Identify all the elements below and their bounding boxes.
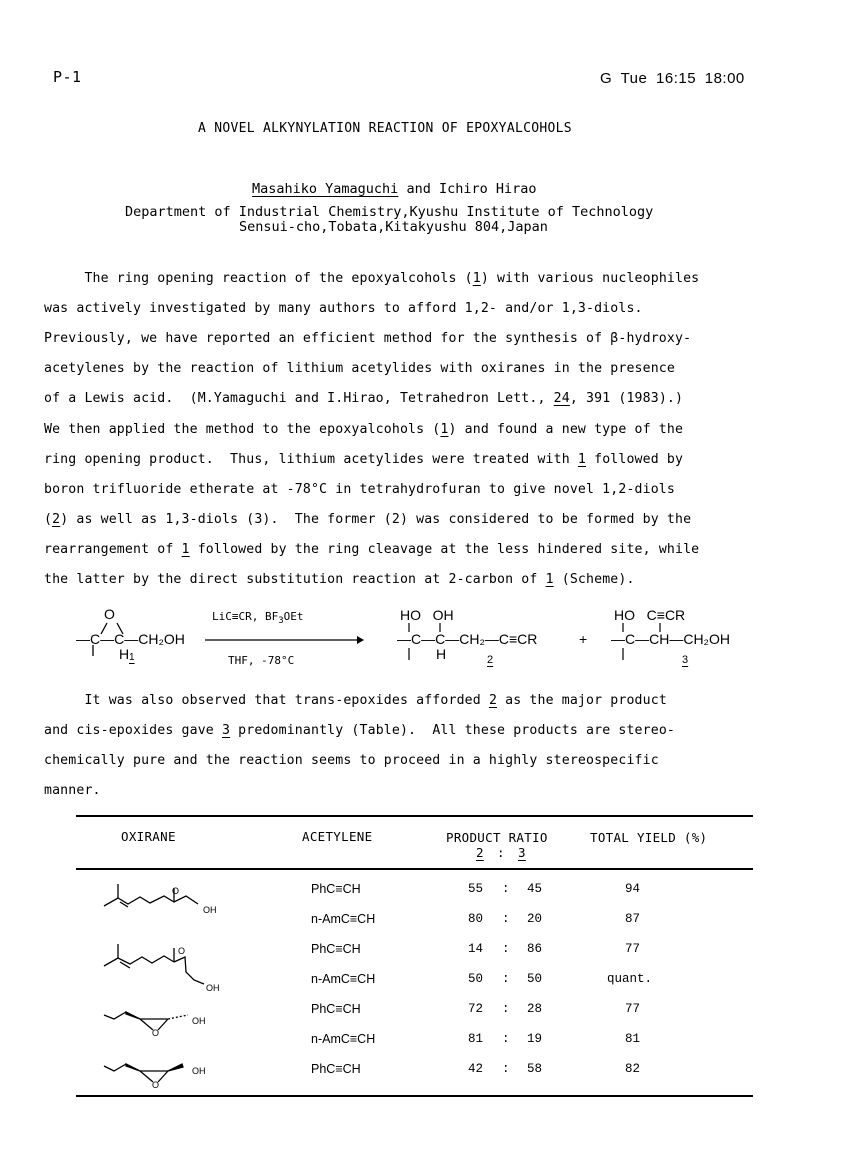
cell-acetylene: PhC≡CH [311,942,361,956]
cell-ratio-colon: : [502,972,510,986]
cell-ratio-2: 81 [468,1032,483,1046]
cell-ratio-colon: : [502,882,510,896]
cell-ratio-colon: : [502,1062,510,1076]
cell-yield: 94 [625,882,640,896]
table-bottom-rule [76,1095,753,1097]
cell-yield: 82 [625,1062,640,1076]
oxirane-1-o: O [172,886,179,896]
cell-ratio-colon: : [502,1032,510,1046]
oxirane-3-oh: OH [192,1016,206,1026]
cell-ratio-3: 45 [527,882,542,896]
oxirane-structures [0,0,850,1157]
cell-ratio-colon: : [502,912,510,926]
structure-geraniol-epoxide [104,884,198,907]
cell-ratio-3: 28 [527,1002,542,1016]
oxirane-2-o: O [178,946,185,956]
cell-ratio-2: 14 [468,942,483,956]
structure-trans-epoxyhexanol [104,1012,188,1030]
structure-cis-epoxyhexanol [104,1064,183,1082]
cell-ratio-2: 72 [468,1002,483,1016]
cell-yield: 87 [625,912,640,926]
cell-ratio-3: 20 [527,912,542,926]
oxirane-4-o: O [152,1080,159,1090]
cell-yield: 77 [625,1002,640,1016]
cell-ratio-3: 86 [527,942,542,956]
cell-ratio-3: 19 [527,1032,542,1046]
structure-nerol-epoxide [104,944,204,984]
cell-acetylene: n-AmC≡CH [311,912,375,926]
cell-acetylene: PhC≡CH [311,882,361,896]
cell-acetylene: PhC≡CH [311,1002,361,1016]
cell-ratio-2: 55 [468,882,483,896]
cell-acetylene: PhC≡CH [311,1062,361,1076]
oxirane-4-oh: OH [192,1066,206,1076]
cell-yield: 81 [625,1032,640,1046]
cell-acetylene: n-AmC≡CH [311,972,375,986]
cell-ratio-3: 50 [527,972,542,986]
cell-yield: quant. [607,972,652,986]
oxirane-2-oh: OH [206,983,220,993]
cell-ratio-colon: : [502,1002,510,1016]
oxirane-1-oh: OH [203,905,217,915]
cell-acetylene: n-AmC≡CH [311,1032,375,1046]
cell-ratio-2: 80 [468,912,483,926]
cell-ratio-2: 42 [468,1062,483,1076]
cell-ratio-colon: : [502,942,510,956]
cell-ratio-3: 58 [527,1062,542,1076]
cell-yield: 77 [625,942,640,956]
oxirane-3-o: O [152,1028,159,1038]
cell-ratio-2: 50 [468,972,483,986]
